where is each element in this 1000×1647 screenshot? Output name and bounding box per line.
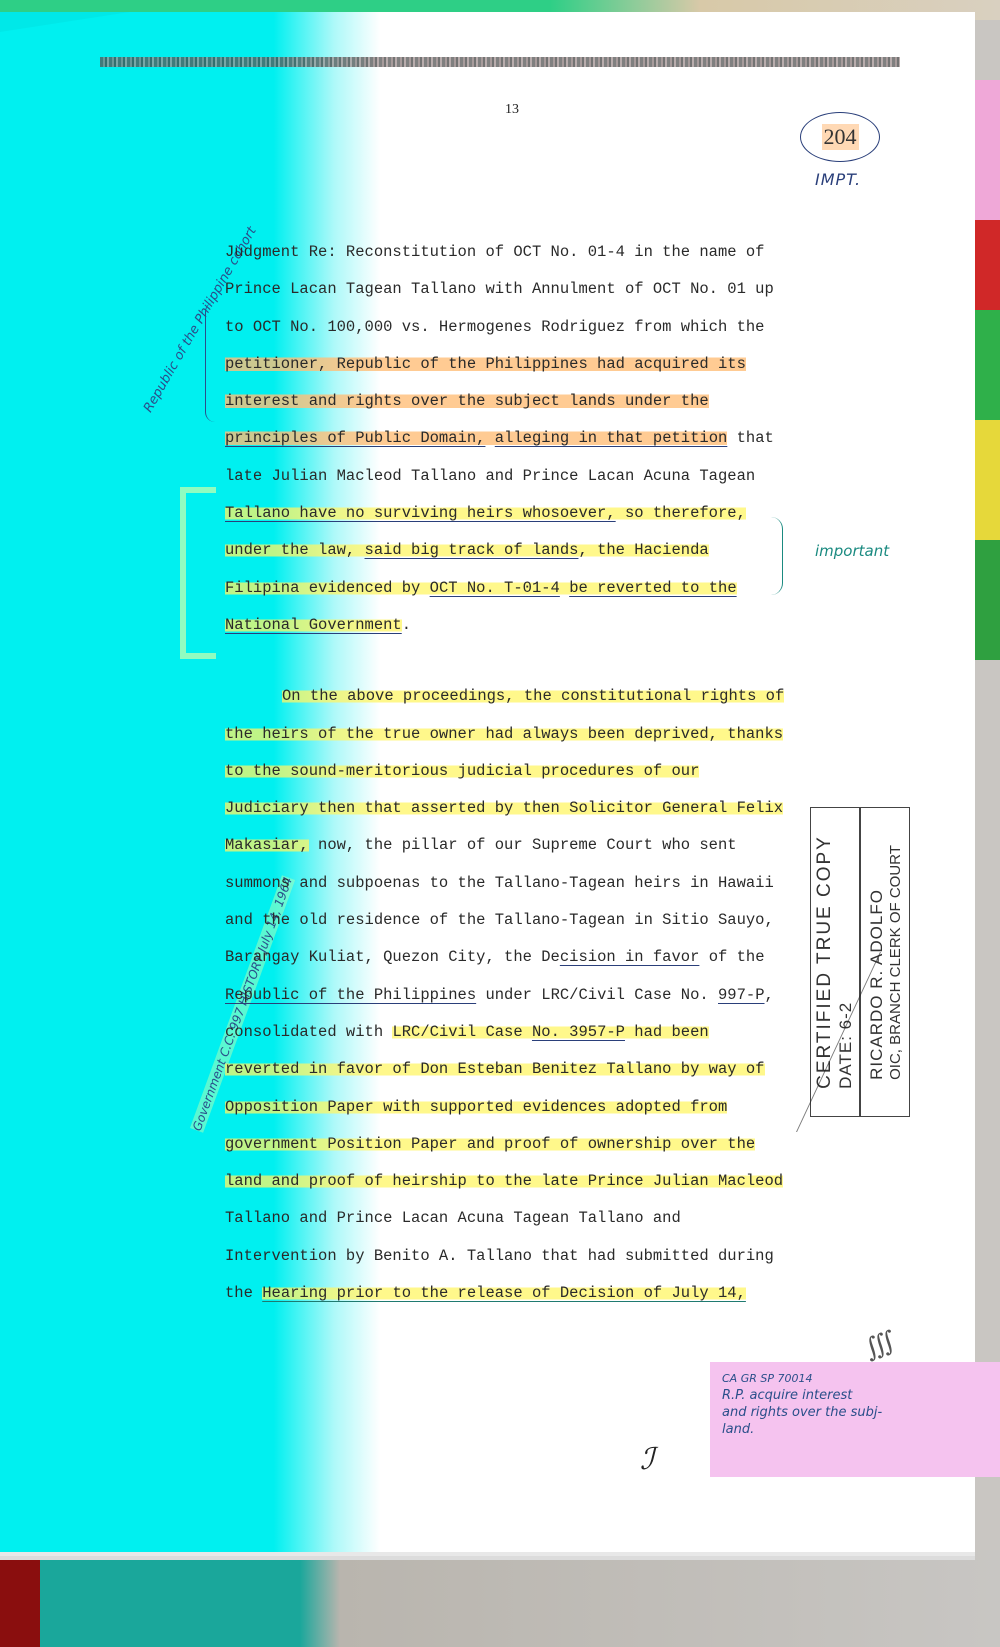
- sticky-note: CA GR SP 70014 R.P. acquire interest and…: [710, 1362, 1000, 1477]
- text-segment: consolidated with: [225, 1023, 392, 1041]
- text-line: Tallano and Prince Lacan Acuna Tagean Ta…: [225, 1200, 805, 1237]
- highlighted-text: [485, 429, 494, 447]
- sticky-line-1: R.P. acquire interest: [722, 1387, 988, 1404]
- text-line: Republic of the Philippines under LRC/Ci…: [225, 977, 805, 1014]
- text-segment: Judgment Re: Reconstitution of OCT No. 0…: [225, 243, 765, 261]
- sticky-reference: CA GR SP 70014: [722, 1370, 988, 1387]
- text-line: to OCT No. 100,000 vs. Hermogenes Rodrig…: [225, 309, 805, 346]
- text-line: Tallano have no surviving heirs whosoeve…: [225, 495, 805, 532]
- text-line: under the law, said big track of lands, …: [225, 532, 805, 569]
- text-line: principles of Public Domain, alleging in…: [225, 420, 805, 457]
- bottom-signature: ℐ: [640, 1442, 654, 1477]
- highlighted-text: under the law,: [225, 541, 365, 559]
- text-segment: Tallano and Prince Lacan Acuna Tagean Ta…: [225, 1209, 681, 1227]
- text-line: petitioner, Republic of the Philippines …: [225, 346, 805, 383]
- initials-signature: ∭: [861, 1326, 900, 1365]
- text-segment: .: [402, 616, 411, 634]
- text-segment: ,: [765, 986, 774, 1004]
- green-bracket-icon: [180, 487, 216, 659]
- text-line: consolidated with LRC/Civil Case No. 395…: [225, 1014, 805, 1051]
- text-line: to the sound-meritorious judicial proced…: [225, 753, 805, 790]
- margin-note-important: important: [815, 542, 889, 560]
- highlighted-text: Judiciary then that asserted by then Sol…: [225, 799, 783, 817]
- highlighted-text: [560, 579, 569, 597]
- document-page: 13 204 IMPT. Republic of the Philippine …: [0, 12, 975, 1552]
- text-segment: now, the pillar of our Supreme Court who…: [309, 836, 737, 854]
- text-segment: Barangay Kuliat, Quezon City, the De: [225, 948, 560, 966]
- text-segment: of the: [699, 948, 764, 966]
- sticky-line-3: land.: [722, 1421, 988, 1438]
- text-line: and the old residence of the Tallano-Tag…: [225, 902, 805, 939]
- document-body: Judgment Re: Reconstitution of OCT No. 0…: [225, 234, 805, 1312]
- text-line: Judiciary then that asserted by then Sol…: [225, 790, 805, 827]
- highlighted-text: be reverted to the: [569, 579, 736, 597]
- highlighted-text: On the above proceedings, the constituti…: [282, 687, 784, 705]
- highlighted-text: Opposition Paper with supported evidence…: [225, 1098, 727, 1116]
- impt-note: IMPT.: [815, 170, 861, 189]
- text-segment: and the old residence of the Tallano-Tag…: [225, 911, 774, 929]
- paragraph-gap: [225, 644, 805, 678]
- highlighted-text: Tallano have no surviving heirs whosoeve…: [225, 504, 616, 522]
- text-line: interest and rights over the subject lan…: [225, 383, 805, 420]
- highlighted-text: the heirs of the true owner had always b…: [225, 725, 783, 743]
- highlighted-text: No. 3957-P: [532, 1023, 625, 1041]
- text-line: On the above proceedings, the constituti…: [225, 678, 805, 715]
- text-segment: late Julian Macleod Tallano and Prince L…: [225, 467, 755, 485]
- highlighted-text: LRC/Civil Case: [392, 1023, 532, 1041]
- text-line: Filipina evidenced by OCT No. T-01-4 be …: [225, 570, 805, 607]
- text-line: the heirs of the true owner had always b…: [225, 716, 805, 753]
- text-line: reverted in favor of Don Esteban Benitez…: [225, 1051, 805, 1088]
- highlighted-text: land and proof of heirship to the late P…: [225, 1172, 783, 1190]
- text-segment: summons and subpoenas to the Tallano-Tag…: [225, 874, 774, 892]
- highlighted-text: principles of Public Domain,: [225, 429, 485, 447]
- highlighted-text: petitioner, Republic of the Philippines …: [225, 355, 746, 373]
- text-segment: Prince Lacan Tagean Tallano with Annulme…: [225, 280, 774, 298]
- highlighted-text: National Government: [225, 616, 402, 634]
- text-segment: under LRC/Civil Case No.: [476, 986, 718, 1004]
- highlighted-text: Filipina evidenced by: [225, 579, 430, 597]
- text-line: the Hearing prior to the release of Deci…: [225, 1275, 805, 1312]
- text-line: Prince Lacan Tagean Tallano with Annulme…: [225, 271, 805, 308]
- highlighted-text: , the Hacienda: [578, 541, 708, 559]
- text-line: government Position Paper and proof of o…: [225, 1126, 805, 1163]
- background-bottom: [0, 1550, 1000, 1647]
- text-line: Judgment Re: Reconstitution of OCT No. 0…: [225, 234, 805, 271]
- text-segment: to OCT No. 100,000 vs. Hermogenes Rodrig…: [225, 318, 765, 336]
- highlighted-text: Hearing prior to the release of Decision…: [262, 1284, 746, 1302]
- text-line: National Government.: [225, 607, 805, 644]
- text-segment: the: [225, 1284, 262, 1302]
- text-line: Makasiar, now, the pillar of our Supreme…: [225, 827, 805, 864]
- text-segment: Republic of the Philippines: [225, 986, 476, 1004]
- text-segment: 997-P: [718, 986, 765, 1004]
- sticky-line-2: and rights over the subj-: [722, 1404, 988, 1421]
- highlighted-text: to the sound-meritorious judicial proced…: [225, 762, 699, 780]
- highlighted-text: said big track of lands: [365, 541, 579, 559]
- circled-page-number: 204: [800, 112, 880, 162]
- scan-edge-strip: [100, 57, 900, 67]
- page-number: 13: [505, 102, 519, 118]
- highlighted-text: interest and rights over the subject lan…: [225, 392, 709, 410]
- highlighted-text: government Position Paper and proof of o…: [225, 1135, 755, 1153]
- text-line: late Julian Macleod Tallano and Prince L…: [225, 458, 805, 495]
- red-binder-edge: [0, 1552, 40, 1647]
- highlighted-text: OCT No. T-01-4: [430, 579, 560, 597]
- text-line: summons and subpoenas to the Tallano-Tag…: [225, 865, 805, 902]
- text-line: Barangay Kuliat, Quezon City, the Decisi…: [225, 939, 805, 976]
- text-line: Opposition Paper with supported evidence…: [225, 1089, 805, 1126]
- text-segment: that: [727, 429, 774, 447]
- highlighted-text: so therefore,: [616, 504, 746, 522]
- highlighted-text: had been: [625, 1023, 709, 1041]
- text-segment: Intervention by Benito A. Tallano that h…: [225, 1247, 774, 1265]
- highlighted-text: Makasiar,: [225, 836, 309, 854]
- text-line: Intervention by Benito A. Tallano that h…: [225, 1238, 805, 1275]
- highlighted-text: reverted in favor of Don Esteban Benitez…: [225, 1060, 765, 1078]
- highlighted-text: alleging in that petition: [495, 429, 728, 447]
- text-segment: cision in favor: [560, 948, 700, 966]
- text-line: land and proof of heirship to the late P…: [225, 1163, 805, 1200]
